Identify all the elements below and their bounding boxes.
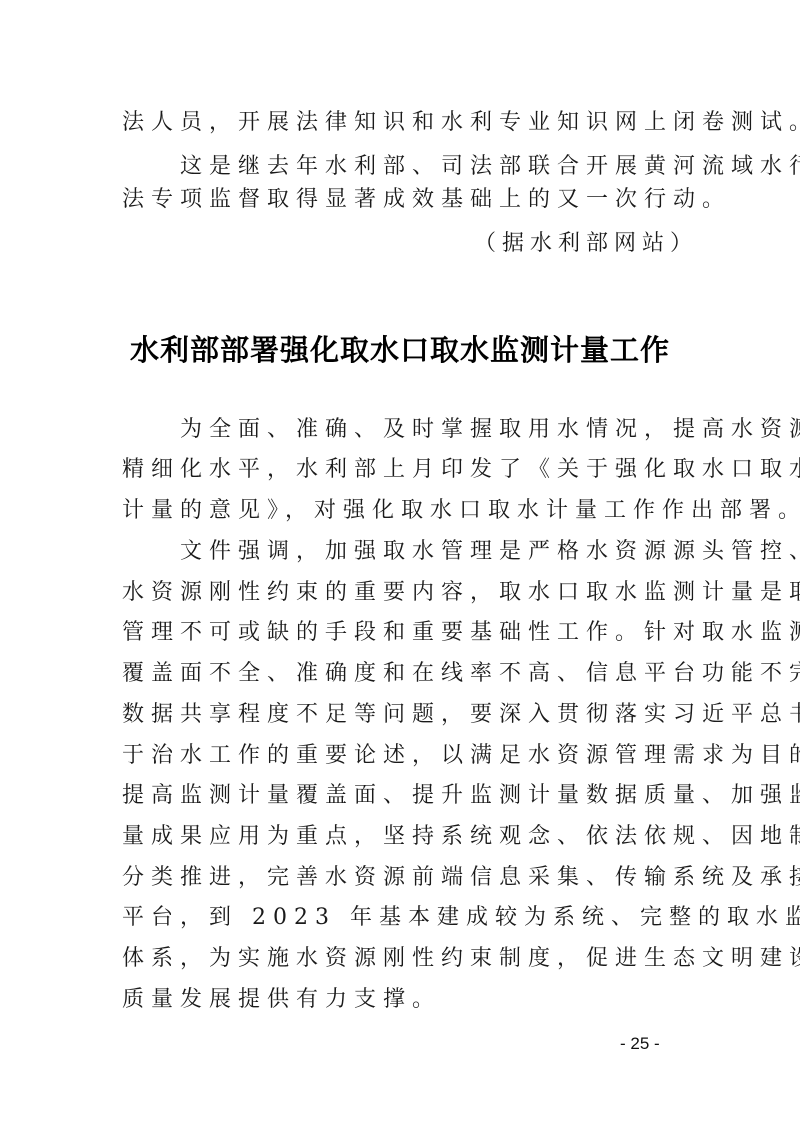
body-text-line: 计量的意见》，对强化取水口取水计量工作作出部署。 [122, 496, 682, 526]
body-text-line: 提高监测计量覆盖面、提升监测计量数据质量、加强监测计 [122, 781, 682, 811]
body-text-line: 这是继去年水利部、司法部联合开展黄河流域水行政执 [122, 152, 740, 182]
body-text-line: 体系，为实施水资源刚性约束制度，促进生态文明建设和高 [122, 944, 682, 974]
body-text-line: 管理不可或缺的手段和重要基础性工作。针对取水监测计量 [122, 618, 682, 648]
article-title: 水利部部署强化取水口取水监测计量工作 [0, 330, 800, 370]
source-attribution: （据水利部网站） [474, 229, 698, 259]
body-text-line: 法人员，开展法律知识和水利专业知识网上闭卷测试。 [122, 108, 682, 138]
document-page: 法人员，开展法律知识和水利专业知识网上闭卷测试。 这是继去年水利部、司法部联合开… [0, 0, 800, 1131]
body-text-line: 量成果应用为重点，坚持系统观念、依法依规、因地制宜、 [122, 822, 682, 852]
body-text-line: 精细化水平，水利部上月印发了《关于强化取水口取水监测 [122, 455, 682, 485]
body-text-line: 分类推进，完善水资源前端信息采集、传输系统及承接管理 [122, 863, 682, 893]
body-text-line: 于治水工作的重要论述，以满足水资源管理需求为目的，以 [122, 741, 682, 771]
body-text-line: 为全面、准确、及时掌握取用水情况，提高水资源管理 [122, 415, 740, 445]
body-text-line: 法专项监督取得显著成效基础上的又一次行动。 [122, 185, 682, 215]
body-text-line: 水资源刚性约束的重要内容，取水口取水监测计量是取用水 [122, 578, 682, 608]
body-text-line: 数据共享程度不足等问题，要深入贯彻落实习近平总书记关 [122, 700, 682, 730]
body-text-line: 覆盖面不全、准确度和在线率不高、信息平台功能不完善、 [122, 659, 682, 689]
body-text-line: 平台，到 2023 年基本建成较为系统、完整的取水监测计量 [122, 903, 682, 933]
page-number: - 25 - [620, 1033, 660, 1055]
body-text-line: 文件强调，加强取水管理是严格水资源源头管控、强化 [122, 537, 740, 567]
body-text-line: 质量发展提供有力支撑。 [122, 985, 682, 1015]
